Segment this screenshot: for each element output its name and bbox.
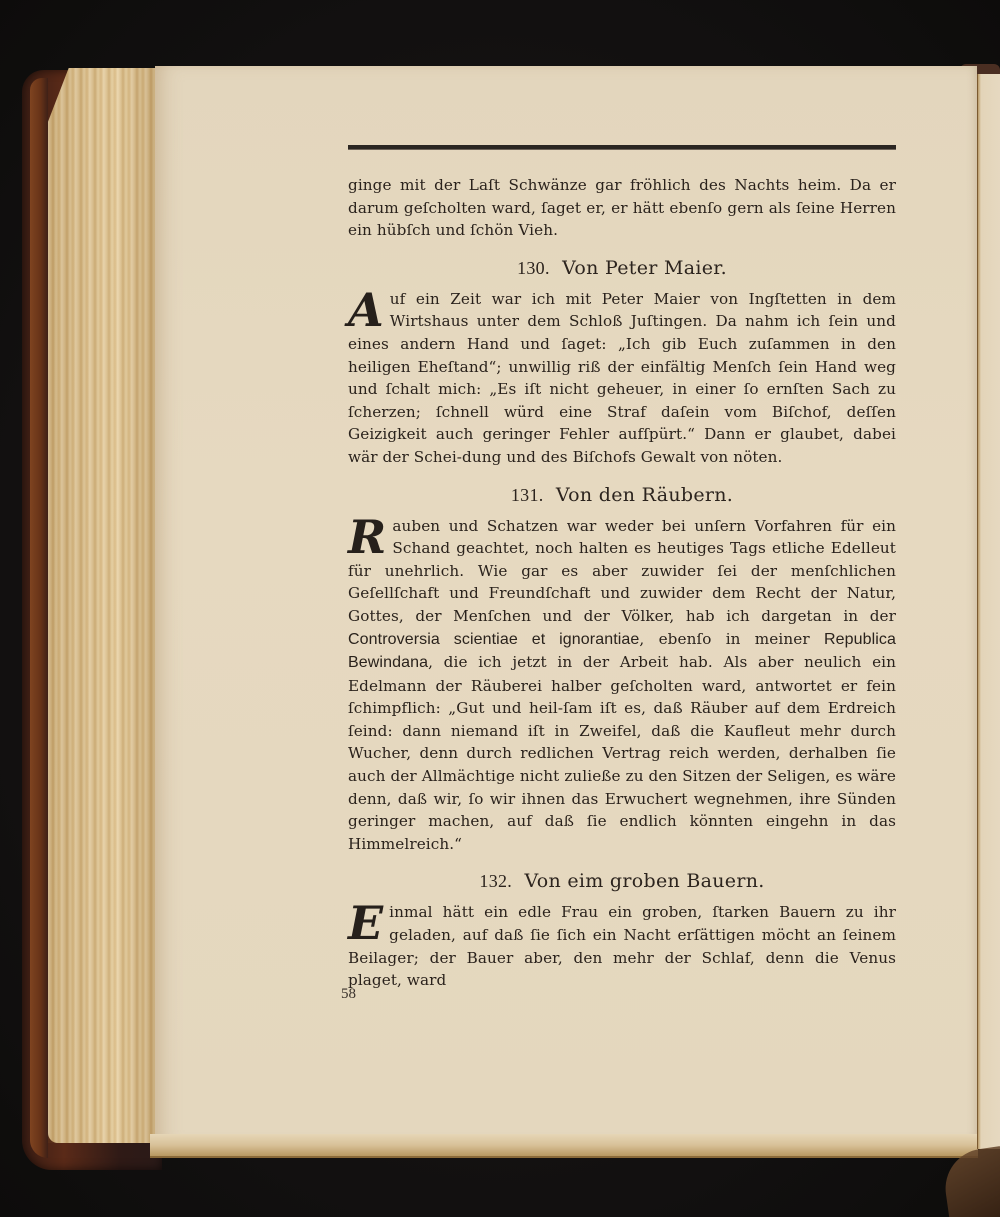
section-title: Von eim groben Bauern. xyxy=(524,870,764,892)
latin-title-controversia: Controversia scientiae et ignorantiae xyxy=(348,631,639,648)
section-title: Von den Räubern. xyxy=(556,484,733,506)
section-131-text-c: , die ich jetzt in der Arbeit hab. Als a… xyxy=(348,653,896,853)
section-number: 132. xyxy=(479,871,512,891)
section-132-text: inmal hätt ein edle Frau ein groben, ſta… xyxy=(348,903,896,989)
header-rule xyxy=(348,145,896,150)
page-bottom-edge xyxy=(150,1134,978,1158)
section-heading-130: 130. Von Peter Maier. xyxy=(348,256,896,280)
cover-edge xyxy=(30,78,48,1158)
section-131-text-b: , ebenſo in meiner xyxy=(639,630,824,648)
section-130-text: uf ein Zeit war ich mit Peter Maier von … xyxy=(348,290,896,466)
opening-paragraph: ginge mit der Laſt Schwänze gar fröhlich… xyxy=(348,174,896,242)
facing-page-sliver xyxy=(977,74,1000,1149)
drop-cap: E xyxy=(348,903,383,943)
section-131-paragraph: Rauben und Schatzen war weder bei unſern… xyxy=(348,515,896,856)
page-block-fore-edge xyxy=(48,68,163,1143)
text-block: ginge mit der Laſt Schwänze gar fröhlich… xyxy=(348,145,896,992)
section-heading-132: 132. Von eim groben Bauern. xyxy=(348,869,896,893)
section-131-text-a: auben und Schatzen war weder bei unſern … xyxy=(348,517,896,625)
section-number: 131. xyxy=(511,485,544,505)
section-number: 130. xyxy=(517,258,550,278)
section-130-paragraph: Auf ein Zeit war ich mit Peter Maier von… xyxy=(348,288,896,469)
section-heading-131: 131. Von den Räubern. xyxy=(348,483,896,507)
drop-cap: A xyxy=(348,290,384,330)
section-132-paragraph: Einmal hätt ein edle Frau ein groben, ſt… xyxy=(348,901,896,991)
page-number: 58 xyxy=(341,986,356,1003)
drop-cap: R xyxy=(348,517,386,557)
section-title: Von Peter Maier. xyxy=(562,257,727,279)
